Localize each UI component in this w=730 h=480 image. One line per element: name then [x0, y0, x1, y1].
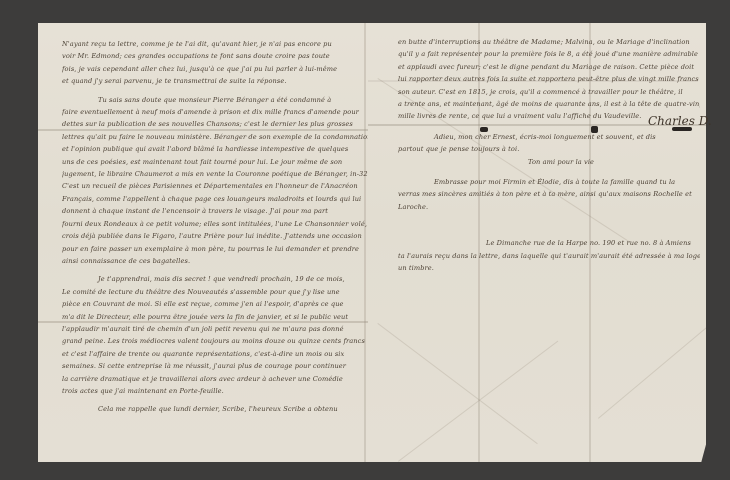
text-line: qu'il y a fait représenter pour la premi…	[398, 48, 700, 60]
text-line: N'ayant reçu ta lettre, comme je te l'ai…	[62, 38, 368, 50]
fold-diagonal	[598, 302, 730, 418]
text-line: fourni deux Rondeaux à ce petit volume; …	[62, 218, 368, 230]
closing-line: Ton ami pour la vie	[398, 156, 700, 168]
text-line: faire eventuellement à neuf mois d'amend…	[62, 106, 368, 118]
text-line: grand peine. Les trois médiocres valent …	[62, 335, 368, 347]
postscript-line: Laroche.	[398, 201, 700, 213]
text-line: Tu sais sans doute que monsieur Pierre B…	[62, 94, 368, 106]
text-line: dettes sur la publication de ses nouvell…	[62, 118, 368, 130]
text-line: et applaudi avec fureur; c'est le digne …	[398, 61, 700, 73]
farewell-line: partout que je pense toujours à toi.	[398, 143, 700, 155]
text-line: fois, je vais cependant aller chez lui, …	[62, 63, 368, 75]
fold-diagonal	[377, 323, 537, 444]
text-line: Le comité de lecture du théâtre des Nouv…	[62, 286, 368, 298]
text-line: la carrière dramatique et je travaillera…	[62, 373, 368, 385]
text-line: en butte d'interruptions au théâtre de M…	[398, 36, 700, 48]
text-line: crois déjà publiée dans le Figaro, l'aut…	[62, 230, 368, 242]
text-line: lettres qu'ait pu faire le nouveau minis…	[62, 131, 368, 143]
text-line: jugement, le libraire Chaumerot a mis en…	[62, 168, 368, 180]
text-line: Cela me rappelle que lundi dernier, Scri…	[62, 403, 368, 415]
text-line: ainsi connaissance de ces bagatelles.	[62, 255, 368, 267]
text-line: voir Mr. Edmond; ces grandes occupations…	[62, 50, 368, 62]
text-line: lui rapporter deux autres fois la suite …	[398, 73, 700, 85]
letter-right-column: en butte d'interruptions au théâtre de M…	[398, 36, 700, 275]
text-line: son auteur. C'est en 1815, je crois, qu'…	[398, 86, 700, 98]
text-line: pour en faire passer un exemplaire à mon…	[62, 243, 368, 255]
text-line: C'est un recueil de pièces Parisiennes e…	[62, 180, 368, 192]
text-line: Français, comme l'appellent à chaque pag…	[62, 193, 368, 205]
note-line: un timbre.	[398, 262, 700, 274]
text-line: a trente ans, et maintenant, âgé de moin…	[398, 98, 700, 110]
signature: Charles D.	[648, 114, 712, 128]
note-line: Le Dimanche rue de la Harpe no. 190 et r…	[398, 237, 700, 249]
text-line: l'applaudir m'aurait tiré de chemin d'un…	[62, 323, 368, 335]
text-line: m'a dit le Directeur, elle pourra être j…	[62, 311, 368, 323]
text-line: donnent à chaque instant de l'encensoir …	[62, 205, 368, 217]
text-line: trois actes que j'ai maintenant en Porte…	[62, 385, 368, 397]
postscript-line: Embrasse pour moi Firmin et Élodie, dis …	[398, 176, 700, 188]
letter-left-column: N'ayant reçu ta lettre, comme je te l'ai…	[62, 38, 368, 416]
text-line: et quand j'y serai parvenu, je te transm…	[62, 75, 368, 87]
note-line: ta l'aurais reçu dans la lettre, dans la…	[398, 250, 700, 262]
postscript-line: verras mes sincères amitiés à ton père e…	[398, 188, 700, 200]
text-line: semaines. Si cette entreprise là me réus…	[62, 360, 368, 372]
text-line: et c'est l'affaire de trente ou quarante…	[62, 348, 368, 360]
text-line: Je t'apprendrai, mais dis secret ! que v…	[62, 273, 368, 285]
text-line: uns de ces poésies, est maintenant tout …	[62, 156, 368, 168]
text-line: et l'opinion publique qui avait l'abord …	[62, 143, 368, 155]
farewell-line: Adieu, mon cher Ernest, écris-moi longue…	[398, 131, 700, 143]
text-line: pièce en Couvrant de moi. Si elle est re…	[62, 298, 368, 310]
